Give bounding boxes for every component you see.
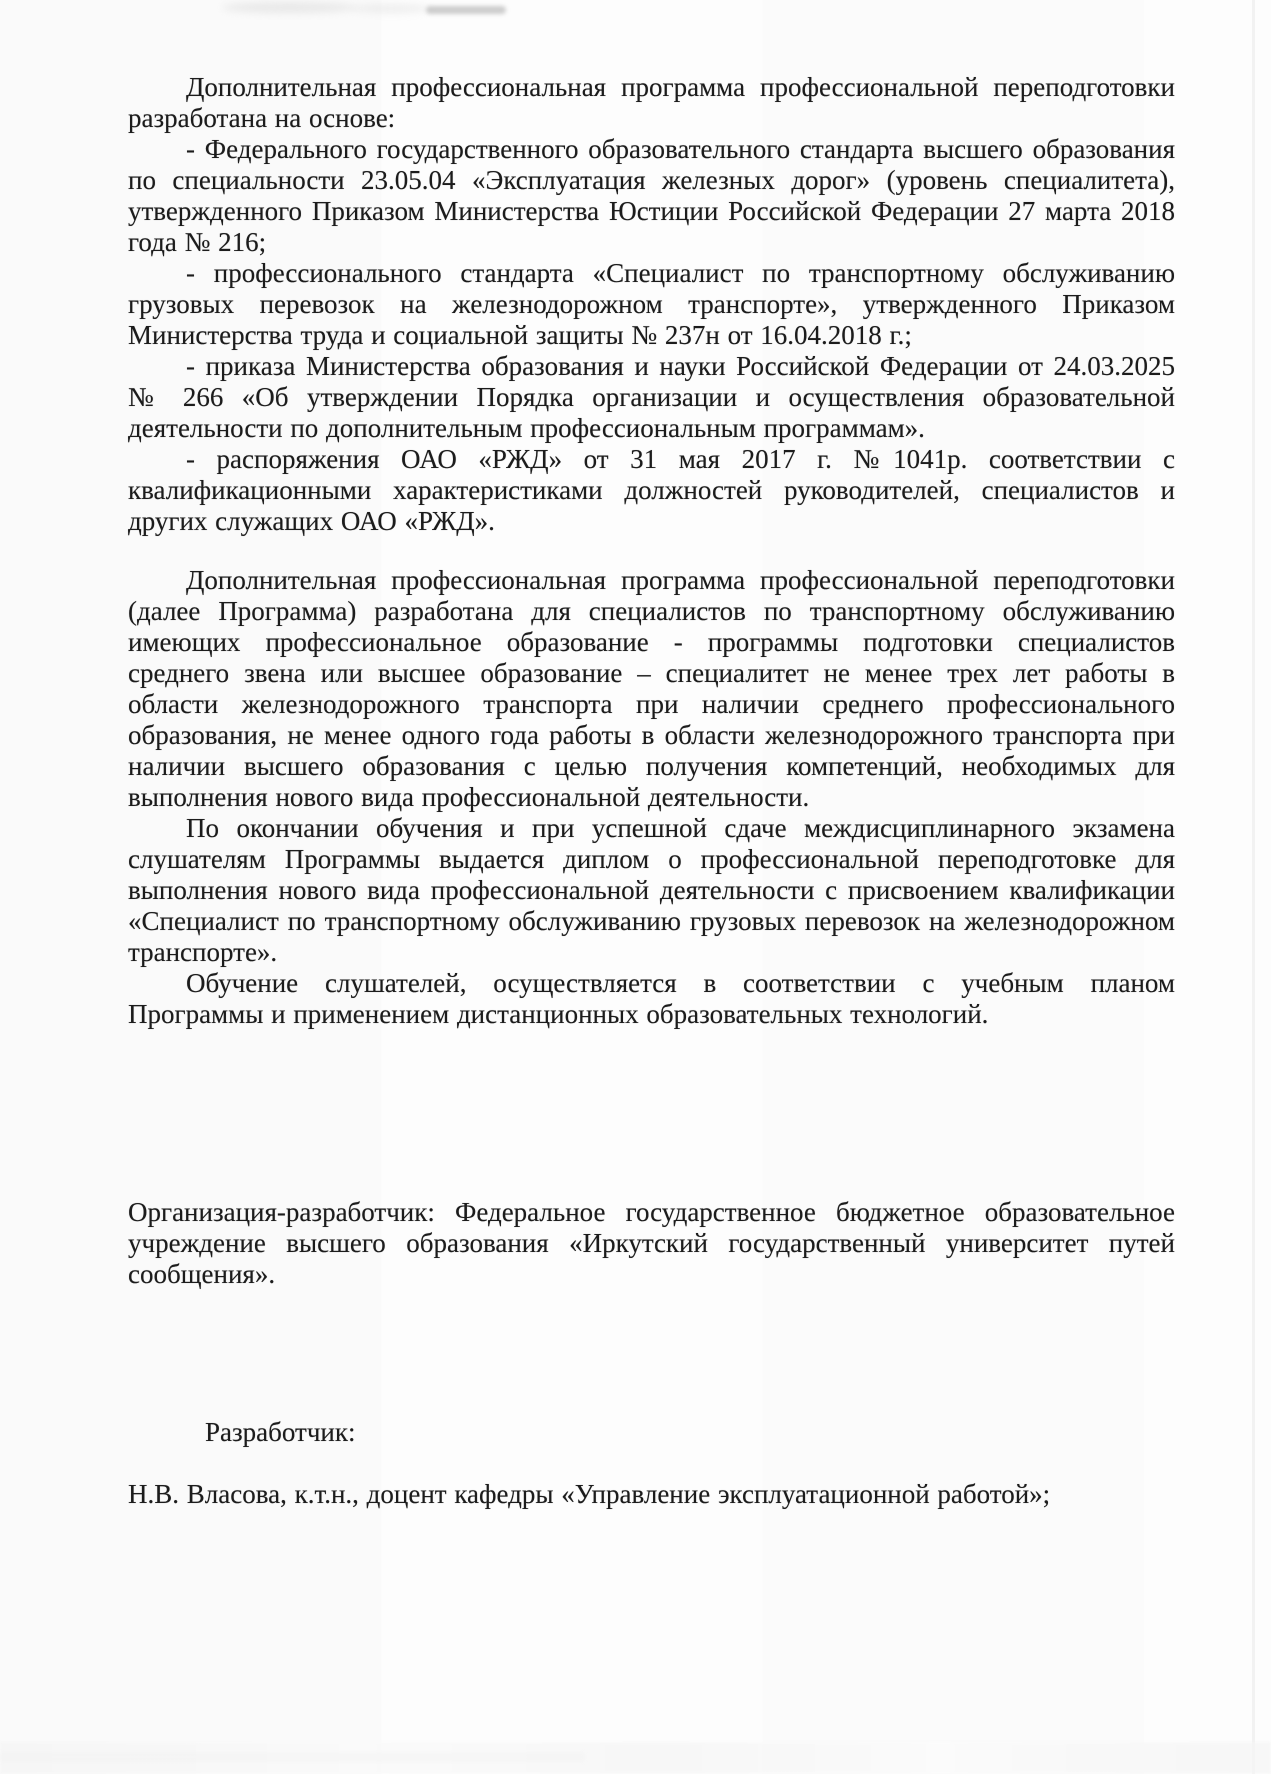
scan-smudge-artifact bbox=[222, 2, 357, 13]
paragraph-basis-item-rasporyazhenie: - распоряжения ОАО «РЖД» от 31 мая 2017 … bbox=[128, 444, 1175, 537]
paragraph-basis-item-profstandard: - профессионального стандарта «Специалис… bbox=[128, 258, 1175, 351]
scanned-document-page: Дополнительная профессиональная программ… bbox=[0, 0, 1271, 1774]
scan-bottom-shading bbox=[0, 1752, 585, 1762]
scan-edge-line bbox=[1252, 0, 1255, 1774]
paragraph-diploma-qualification: По окончании обучения и при успешной сда… bbox=[128, 813, 1175, 968]
paragraph-basis-item-fgos: - Федерального государственного образова… bbox=[128, 134, 1175, 258]
paragraph-developer-name: Н.В. Власова, к.т.н., доцент кафедры «Уп… bbox=[128, 1479, 1175, 1510]
paragraph-organization-developer: Организация-разработчик: Федеральное гос… bbox=[128, 1197, 1175, 1290]
paragraph-basis-item-prikaz: - приказа Министерства образования и нау… bbox=[128, 351, 1175, 444]
paragraph-training-mode: Обучение слушателей, осуществляется в со… bbox=[128, 968, 1175, 1030]
scan-smudge-artifact bbox=[426, 6, 506, 14]
scan-smudge-artifact bbox=[352, 4, 430, 13]
developer-label: Разработчик: bbox=[128, 1417, 1175, 1448]
document-text-column: Дополнительная профессиональная программ… bbox=[128, 72, 1175, 1510]
paragraph-basis-intro: Дополнительная профессиональная программ… bbox=[128, 72, 1175, 134]
paragraph-program-description: Дополнительная профессиональная программ… bbox=[128, 565, 1175, 813]
